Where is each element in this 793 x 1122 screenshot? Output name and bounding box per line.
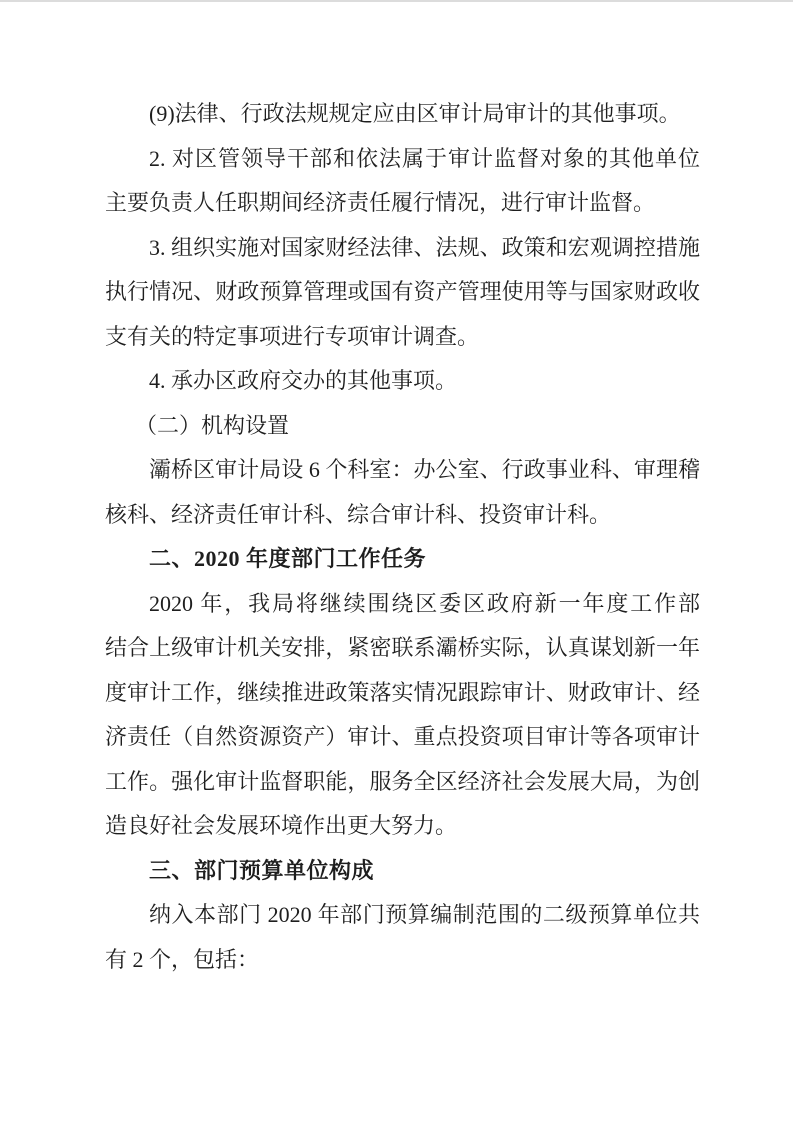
document-page: (9)法律、行政法规规定应由区审计局审计的其他事项。2. 对区管领导干部和依法属… bbox=[0, 0, 793, 1122]
text-line: 纳入本部门 2020 年部门预算编制范围的二级预算单位共 bbox=[105, 893, 700, 938]
text-line: 济责任（自然资源资产）审计、重点投资项目审计等各项审计 bbox=[105, 715, 700, 760]
text-line: 执行情况、财政预算管理或国有资产管理使用等与国家财政收 bbox=[105, 270, 700, 315]
text-line: 主要负责人任职期间经济责任履行情况，进行审计监督。 bbox=[105, 181, 700, 226]
section-heading: 三、部门预算单位构成 bbox=[105, 849, 700, 894]
text-line: （二）机构设置 bbox=[105, 404, 700, 449]
text-line: 灞桥区审计局设 6 个科室：办公室、行政事业科、审理稽 bbox=[105, 448, 700, 493]
page-top-edge bbox=[0, 0, 793, 2]
paragraph: 纳入本部门 2020 年部门预算编制范围的二级预算单位共有 2 个，包括： bbox=[105, 893, 700, 982]
paragraph: 2. 对区管领导干部和依法属于审计监督对象的其他单位主要负责人任职期间经济责任履… bbox=[105, 137, 700, 226]
text-line: 2020 年，我局将继续围绕区委区政府新一年度工作部署， bbox=[105, 582, 700, 627]
text-line: 结合上级审计机关安排，紧密联系灞桥实际，认真谋划新一年 bbox=[105, 626, 700, 671]
text-line: 三、部门预算单位构成 bbox=[105, 849, 700, 894]
paragraph: 2020 年，我局将继续围绕区委区政府新一年度工作部署，结合上级审计机关安排，紧… bbox=[105, 582, 700, 849]
text-line: 造良好社会发展环境作出更大努力。 bbox=[105, 804, 700, 849]
text-line: (9)法律、行政法规规定应由区审计局审计的其他事项。 bbox=[105, 92, 700, 137]
text-line: 度审计工作，继续推进政策落实情况跟踪审计、财政审计、经 bbox=[105, 671, 700, 716]
paragraph: 4. 承办区政府交办的其他事项。 bbox=[105, 359, 700, 404]
text-line: 核科、经济责任审计科、综合审计科、投资审计科。 bbox=[105, 493, 700, 538]
text-line: 有 2 个，包括： bbox=[105, 938, 700, 983]
text-line: 2. 对区管领导干部和依法属于审计监督对象的其他单位 bbox=[105, 137, 700, 182]
paragraph: (9)法律、行政法规规定应由区审计局审计的其他事项。 bbox=[105, 92, 700, 137]
text-line: 3. 组织实施对国家财经法律、法规、政策和宏观调控措施 bbox=[105, 226, 700, 271]
text-line: 二、2020 年度部门工作任务 bbox=[105, 537, 700, 582]
section-heading: 二、2020 年度部门工作任务 bbox=[105, 537, 700, 582]
paragraph: 3. 组织实施对国家财经法律、法规、政策和宏观调控措施执行情况、财政预算管理或国… bbox=[105, 226, 700, 360]
text-line: 工作。强化审计监督职能，服务全区经济社会发展大局，为创 bbox=[105, 760, 700, 805]
text-line: 支有关的特定事项进行专项审计调查。 bbox=[105, 315, 700, 360]
document-body: (9)法律、行政法规规定应由区审计局审计的其他事项。2. 对区管领导干部和依法属… bbox=[105, 92, 700, 982]
paragraph: 灞桥区审计局设 6 个科室：办公室、行政事业科、审理稽核科、经济责任审计科、综合… bbox=[105, 448, 700, 537]
paragraph: （二）机构设置 bbox=[105, 404, 700, 449]
text-line: 4. 承办区政府交办的其他事项。 bbox=[105, 359, 700, 404]
